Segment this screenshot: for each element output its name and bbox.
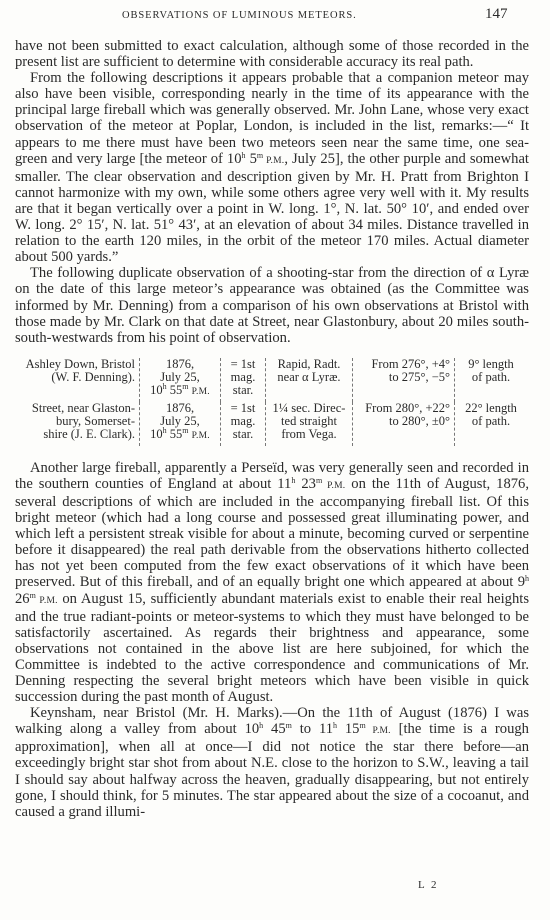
cell-path-length: 9° length of path. [455,358,528,402]
signature-mark: L 2 [418,879,439,891]
cell-date: 1876, July 25, 10h 55m P.M. [140,358,221,402]
cell-position: From 280°, +22° to 280°, ±0° [353,402,455,446]
cell-position: From 276°, +4° to 275°, −5° [353,358,455,402]
paragraph-continuation: have not been submitted to exact calcula… [15,38,529,70]
cell-magnitude: = 1st mag. star. [221,358,266,402]
cell-magnitude: = 1st mag. star. [221,402,266,446]
paragraph-perseid-fireball: Another large fireball, apparently a Per… [15,460,529,705]
observation-table: Ashley Down, Bristol (W. F. Denning). 18… [18,358,527,446]
cell-description: 1¼ sec. Direc- ted straight from Vega. [266,402,353,446]
paragraph-keynsham-observation: Keynsham, near Bristol (Mr. H. Marks).—O… [15,705,529,820]
table-row: Ashley Down, Bristol (W. F. Denning). 18… [18,358,527,402]
cell-date: 1876, July 25, 10h 55m P.M. [140,402,221,446]
page-number: 147 [485,6,508,23]
paragraph-duplicate-observation: The following duplicate observation of a… [15,265,529,345]
cell-place: Street, near Glaston- bury, Somerset- sh… [18,402,140,446]
observation-table-wrap: Ashley Down, Bristol (W. F. Denning). 18… [15,358,529,446]
cell-description: Rapid, Radt. near α Lyræ. [266,358,353,402]
paragraph-companion-meteor: From the following descriptions it appea… [15,70,529,265]
running-head: OBSERVATIONS OF LUMINOUS METEORS. 147 [0,6,550,26]
table-row: Street, near Glaston- bury, Somerset- sh… [18,402,527,446]
running-title: OBSERVATIONS OF LUMINOUS METEORS. [122,10,357,21]
cell-path-length: 22° length of path. [455,402,528,446]
page: OBSERVATIONS OF LUMINOUS METEORS. 147 ha… [0,0,550,920]
cell-place: Ashley Down, Bristol (W. F. Denning). [18,358,140,402]
body-text: have not been submitted to exact calcula… [15,38,529,820]
